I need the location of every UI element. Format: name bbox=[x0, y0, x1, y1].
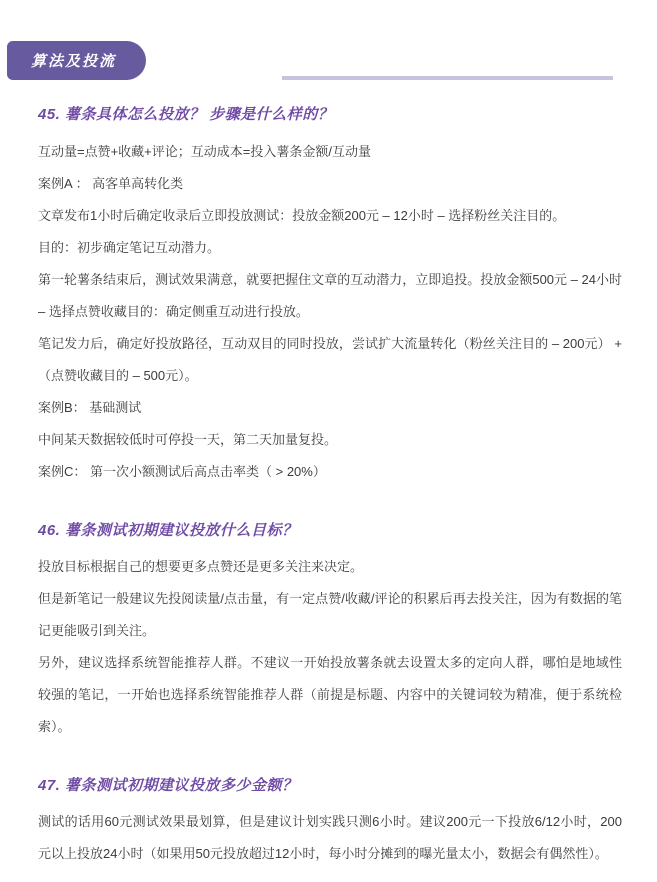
question-47-heading: 47. 薯条测试初期建议投放多少金额？ bbox=[38, 776, 622, 796]
paragraph: 案例C： 第一次小额测试后高点击率类（ > 20%） bbox=[38, 456, 622, 488]
paragraph: 笔记发力后，确定好投放路径，互动双目的同时投放，尝试扩大流量转化（粉丝关注目的 … bbox=[38, 328, 622, 392]
question-45-heading: 45. 薯条具体怎么投放？ 步骤是什么样的？ bbox=[38, 105, 622, 125]
paragraph: 中间某天数据较低时可停投一天，第二天加量复投。 bbox=[38, 424, 622, 456]
paragraph: 第一轮薯条结束后，测试效果满意，就要把握住文章的互动潜力，立即追投。投放金额50… bbox=[38, 264, 622, 328]
paragraph: 另外，建议选择系统智能推荐人群。不建议一开始投放薯条就去设置太多的定向人群，哪怕… bbox=[38, 647, 622, 743]
qa-section-47: 47. 薯条测试初期建议投放多少金额？ 测试的话用60元测试效果最划算，但是建议… bbox=[38, 776, 622, 870]
question-46-heading: 46. 薯条测试初期建议投放什么目标？ bbox=[38, 521, 622, 541]
paragraph: 案例B： 基础测试 bbox=[38, 392, 622, 424]
qa-section-45: 45. 薯条具体怎么投放？ 步骤是什么样的？ 互动量=点赞+收藏+评论；互动成本… bbox=[38, 105, 622, 488]
paragraph: 投放目标根据自己的想要更多点赞还是更多关注来决定。 bbox=[38, 551, 622, 583]
paragraph: 互动量=点赞+收藏+评论；互动成本=投入薯条金额/互动量 bbox=[38, 136, 622, 168]
document-content: 45. 薯条具体怎么投放？ 步骤是什么样的？ 互动量=点赞+收藏+评论；互动成本… bbox=[38, 0, 622, 870]
paragraph: 案例A ： 高客单高转化类 bbox=[38, 168, 622, 200]
qa-section-46: 46. 薯条测试初期建议投放什么目标？ 投放目标根据自己的想要更多点赞还是更多关… bbox=[38, 521, 622, 743]
paragraph: 但是新笔记一般建议先投阅读量/点击量，有一定点赞/收藏/评论的积累后再去投关注，… bbox=[38, 583, 622, 647]
paragraph: 测试的话用60元测试效果最划算，但是建议计划实践只测6小时。建议200元一下投放… bbox=[38, 806, 622, 870]
paragraph: 目的：初步确定笔记互动潜力。 bbox=[38, 232, 622, 264]
paragraph: 文章发布1小时后确定收录后立即投放测试：投放金额200元 – 12小时 – 选择… bbox=[38, 200, 622, 232]
